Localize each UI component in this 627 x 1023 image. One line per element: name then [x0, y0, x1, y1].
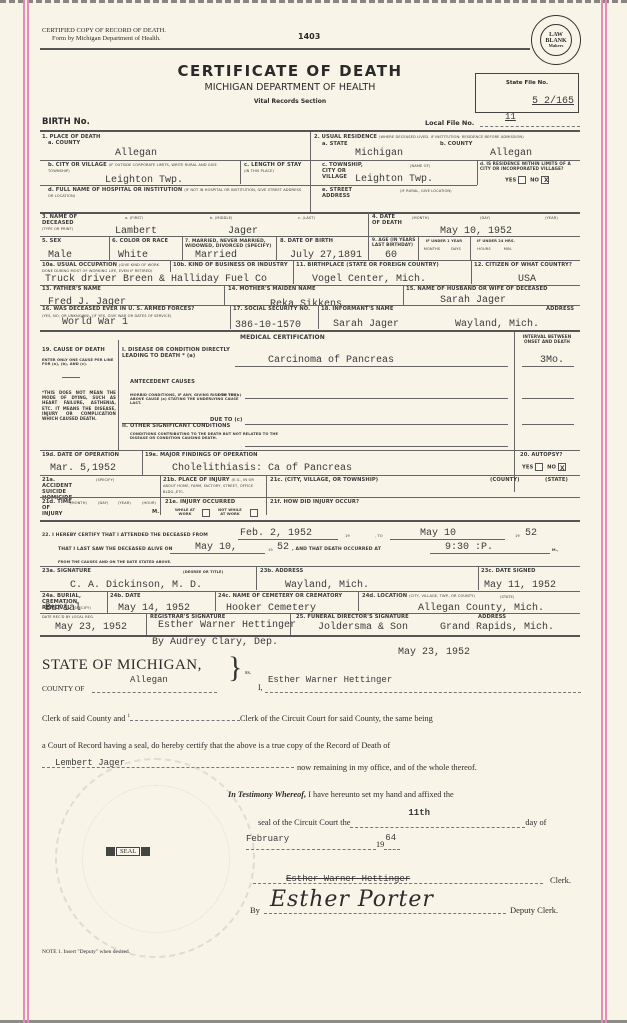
under-1-year-label: IF UNDER 1 YEAR — [420, 239, 468, 243]
rule — [245, 446, 508, 447]
rule — [40, 566, 580, 567]
birth-no-label: BIRTH No. — [42, 117, 90, 127]
res-note: (WHERE DECEASED LIVED. IF INSTITUTION: R… — [379, 135, 524, 139]
rule — [40, 450, 580, 451]
months-label: MONTHS — [420, 247, 444, 251]
attended-to-year: 52 — [525, 528, 537, 539]
divider — [358, 591, 359, 611]
location-label: 24d. LOCATION (CITY, VILLAGE, TWP., OR C… — [362, 594, 475, 600]
clerk-name-line — [265, 684, 581, 693]
divider — [266, 475, 267, 515]
rule — [245, 398, 508, 399]
divider — [118, 340, 119, 450]
divider — [182, 236, 183, 260]
seal-label: SEAL — [116, 847, 140, 856]
loc-label: 24d. LOCATION — [362, 593, 407, 599]
ti-month: (MONTH) — [70, 501, 87, 505]
right-pink-border — [601, 0, 607, 1023]
yes-label: YES — [505, 178, 516, 184]
year-blank: 64 — [384, 840, 400, 850]
year-prefix: 19 — [376, 840, 384, 849]
rule — [522, 366, 574, 367]
divider — [160, 475, 161, 515]
rule — [170, 553, 265, 554]
form-bottom-rule — [40, 635, 580, 637]
cause-note: *THIS DOES NOT MEAN THE MODE OF DYING, S… — [42, 390, 116, 421]
location-state-label: (STATE) — [500, 595, 514, 599]
attended-from-value: Feb. 2, 1952 — [240, 528, 312, 539]
divider — [318, 305, 319, 329]
form-caption-line2: Form by Michigan Department of Health. — [42, 35, 166, 43]
mother-label: 14. MOTHER'S MAIDEN NAME — [228, 287, 316, 293]
name-label: 3. NAME OF DECEASED — [42, 214, 77, 226]
part2-note: CONDITIONS CONTRIBUTING TO THE DEATH BUT… — [130, 432, 280, 440]
name-note: (TYPE OR PRINT) — [42, 227, 73, 231]
dob-label: 8. DATE OF BIRTH — [280, 239, 333, 245]
clerk-label: Clerk. — [550, 875, 571, 885]
registrar-value: Esther Warner Hettinger — [158, 620, 296, 631]
ti-hour: (HOUR) — [142, 501, 156, 505]
pod-county-label: a. COUNTY — [42, 140, 80, 146]
cemetery-label: 24c. NAME OF CEMETERY OR CREMATORY — [218, 594, 342, 600]
to-label: , TO — [375, 534, 383, 538]
due-b-label: DUE TO (b) — [218, 393, 241, 397]
death-city-label: b. CITY OR VILLAGE (IF OUTSIDE CORPORATE… — [48, 163, 228, 175]
divider — [514, 332, 515, 492]
certify-line2: THAT I LAST SAW THE DECEASED ALIVE ON — [58, 547, 173, 552]
op-date-label: 19d. DATE OF OPERATION — [42, 453, 119, 459]
rule — [310, 185, 477, 186]
res-street-note: (IF RURAL, GIVE LOCATION) — [400, 189, 452, 193]
stay-label: c. LENGTH OF STAY — [244, 162, 302, 168]
state-of-michigan-heading: STATE OF MICHIGAN, — [42, 657, 202, 674]
citizen-value: USA — [518, 274, 536, 285]
footnote: NOTE 1. Insert "Deputy" when desired. — [42, 949, 130, 955]
rule — [40, 160, 310, 161]
ssn-label: 17. SOCIAL SECURITY NO. — [233, 307, 310, 313]
day-blank: 11th — [350, 818, 525, 828]
date-signed-value: May 11, 1952 — [484, 580, 556, 591]
cause-label: 19. CAUSE OF DEATH — [42, 348, 105, 354]
not-work-label: NOT WHILE AT WORK — [215, 508, 245, 516]
res-limits-label: d. IS RESIDENCE WITHIN LIMITS OF A CITY … — [480, 162, 580, 172]
father-label: 13. FATHER'S NAME — [42, 287, 101, 293]
attended-to-value: May 10 — [420, 528, 456, 539]
rule — [390, 539, 505, 540]
form-caption-line1: CERTIFIED COPY OF RECORD OF DEATH. — [42, 27, 166, 35]
clerk-typed-signature: Esther Warner Hettinger — [286, 874, 410, 884]
law-blank-makers-logo: LAW BLANK Makers — [531, 15, 581, 65]
date-death-label: 4. DATE OF DEATH — [372, 215, 402, 227]
date-signed-label: 23c. DATE SIGNED — [481, 569, 536, 575]
month-blank: February — [246, 840, 376, 850]
rule — [40, 497, 580, 498]
length-of-stay-label: c. LENGTH OF STAY(IN THIS PLACE) — [244, 163, 308, 175]
hospital-label: d. FULL NAME OF HOSPITAL OR INSTITUTION … — [48, 188, 308, 200]
citizen-label: 12. CITIZEN OF WHAT COUNTRY? — [474, 263, 572, 269]
divider — [368, 212, 369, 236]
county-line — [92, 684, 217, 693]
page-subtitle: MICHIGAN DEPARTMENT OF HEALTH — [150, 82, 430, 93]
divider — [109, 236, 110, 260]
informant-value: Sarah Jager — [333, 319, 399, 330]
left-pink-border — [23, 0, 29, 1023]
interval-a-value: 3Mo. — [540, 355, 564, 366]
armed-forces-label: 16. WAS DECEASED EVER IN U. S. ARMED FOR… — [42, 307, 194, 313]
age-label: 9. AGE (IN YEARS LAST BIRTHDAY) — [372, 239, 416, 249]
divider — [368, 236, 369, 260]
rule — [40, 330, 580, 332]
ti-year: (YEAR) — [118, 501, 131, 505]
divider — [142, 450, 143, 475]
ss-label: ss. — [245, 670, 251, 676]
injury-state-label: (STATE) — [545, 478, 568, 484]
perforation-top — [0, 0, 627, 3]
signature-label: 23a. SIGNATURE — [42, 569, 91, 575]
death-county-value: Allegan — [115, 148, 157, 159]
last-seen-value: May 10, — [195, 542, 237, 553]
nineteen-2: 19 — [515, 534, 520, 538]
funeral-date-value: May 23, 1952 — [398, 647, 470, 658]
not-work-checkbox[interactable] — [250, 509, 258, 517]
rec-date-value: May 23, 1952 — [55, 622, 127, 633]
while-work-checkbox[interactable] — [202, 509, 210, 517]
funeral-address-value: Grand Rapids, Mich. — [440, 622, 554, 633]
under-24-hrs-label: IF UNDER 24 HRS. — [472, 239, 520, 243]
rule — [40, 236, 580, 237]
header-rule — [40, 48, 530, 50]
occ-label: 10a. USUAL OCCUPATION — [42, 262, 117, 268]
form-number: 1403 — [298, 32, 320, 41]
accident-specify: (SPECIFY) — [96, 478, 114, 482]
res-limits-checkboxes: YES NO x — [505, 176, 549, 184]
ti-m: M. — [152, 510, 159, 516]
divider — [470, 236, 471, 260]
injury-occurred-label: 21e. INJURY OCCURRED — [165, 500, 235, 506]
death-time-value: 9:30 :P. — [445, 542, 493, 553]
deputy-sig-line — [264, 913, 506, 914]
hours-label: HOURS — [472, 247, 496, 251]
pod-city-label: b. CITY OR VILLAGE — [48, 162, 107, 168]
part2-label: II. OTHER SIGNIFICANT CONDITIONS — [122, 424, 230, 430]
divider — [256, 566, 257, 590]
rule — [40, 260, 580, 261]
burial-date-label: 24b. DATE — [110, 594, 141, 600]
divider — [471, 260, 472, 284]
physician-address-value: Wayland, Mich. — [285, 580, 369, 591]
month-label: (MONTH) — [412, 216, 429, 220]
rule — [40, 185, 310, 186]
funeral-director-label: 25. FUNERAL DIRECTOR'S SIGNATURE — [296, 615, 409, 621]
divider — [418, 236, 419, 260]
rule — [522, 424, 574, 425]
informant-address-value: Wayland, Mich. — [455, 319, 539, 330]
divider — [146, 613, 147, 635]
clerk-line-2: Clerk of said County and 1Clerk of the C… — [42, 714, 582, 723]
informant-label: 18. INFORMANT'S NAME — [321, 307, 393, 313]
clerk-line-4: now remaining in my office, and of the w… — [297, 763, 477, 772]
cause-instruction: ENTER ONLY ONE CAUSE PER LINE FOR (a), (… — [42, 358, 116, 366]
i-label: I, — [258, 683, 263, 692]
res-street-label: e. STREET ADDRESS — [322, 188, 372, 200]
autopsy-yes-checkbox[interactable] — [535, 463, 543, 471]
year-label: (YEAR) — [545, 216, 558, 220]
days-label: DAYS — [444, 247, 468, 251]
medical-heading: MEDICAL CERTIFICATION — [240, 335, 325, 342]
state-file-value: 5 2/165 — [532, 96, 574, 107]
ti-day: (DAY) — [98, 501, 108, 505]
stay-note: (IN THIS PLACE) — [244, 169, 274, 173]
res-county-value: Allegan — [490, 148, 532, 159]
op-findings-label: 19e. MAJOR FINDINGS OF OPERATION — [145, 453, 258, 459]
rule — [62, 377, 80, 378]
armed-value: World War 1 — [62, 317, 128, 328]
divider-1-2 — [310, 132, 311, 212]
divider — [478, 566, 479, 590]
yes-checkbox[interactable] — [518, 176, 526, 184]
injury-place-label: 21b. PLACE OF INJURY (E.G., IN OR ABOUT … — [163, 478, 263, 496]
address-label: 23b. ADDRESS — [260, 569, 303, 575]
month-value: February — [246, 834, 289, 844]
res-state-label: a. STATE — [322, 142, 348, 148]
local-file-value: 11 — [505, 112, 516, 122]
last-seen-year: 52 — [277, 542, 289, 553]
business-label: 10b. KIND OF BUSINESS OR INDUSTRY — [173, 263, 288, 269]
hospital-label-text: d. FULL NAME OF HOSPITAL OR INSTITUTION — [48, 187, 182, 193]
race-label: 6. COLOR OR RACE — [112, 239, 168, 245]
sex-label: 5. SEX — [42, 239, 61, 245]
check-mark-x: x — [560, 464, 565, 473]
footnote-mark: 1 — [128, 714, 131, 719]
clerk-county-value: Allegan — [130, 675, 168, 685]
logo-line3: Makers — [549, 44, 564, 49]
registrar-by-value: By Audrey Clary, Dep. — [152, 637, 278, 648]
rule — [40, 212, 580, 214]
ip-label: 21b. PLACE OF INJURY — [163, 477, 230, 483]
rule — [430, 553, 550, 554]
while-work-label: WHILE AT WORK — [170, 508, 200, 516]
rule — [238, 539, 338, 540]
spouse-label: 15. NAME OF HUSBAND OR WIFE OF DECEASED — [406, 287, 548, 293]
rule — [40, 591, 580, 592]
no-label: NO — [530, 178, 539, 184]
section-name: Vital Records Section — [150, 98, 430, 105]
nineteen: 19 — [345, 534, 350, 538]
day-of-label: day of — [525, 818, 546, 827]
res-township-note: (NAME OF) — [410, 164, 430, 168]
degree-label: (DEGREE OR TITLE) — [183, 570, 223, 574]
physician-signature-value: C. A. Dickinson, M. D. — [70, 580, 202, 591]
clerk-name-value: Esther Warner Hettinger — [268, 675, 392, 685]
op-date-value: Mar. 5,1952 — [50, 463, 116, 474]
divider — [477, 160, 478, 185]
autopsy-yes-label: YES — [522, 465, 533, 471]
place-of-death-label: 1. PLACE OF DEATHa. COUNTY — [42, 135, 100, 147]
cause-a-value: Carcinoma of Pancreas — [268, 355, 394, 366]
autopsy-no-checkbox-checked[interactable]: x — [558, 463, 566, 471]
testimony-line: In Testimony Whereof, I have hereunto se… — [228, 790, 454, 799]
embossed-seal — [55, 758, 255, 958]
op-findings-value: Cholelithiasis: Ca of Pancreas — [172, 463, 352, 474]
divider — [224, 285, 225, 305]
logo-inner: LAW BLANK Makers — [540, 24, 572, 56]
rule — [522, 398, 574, 399]
divider — [170, 260, 171, 272]
seal-line-text: seal of the Circuit Court the — [258, 818, 350, 827]
divider — [107, 591, 108, 613]
last-label: c. (LAST) — [298, 216, 315, 220]
line2-a: Clerk of said County and — [42, 714, 125, 723]
how-injury-label: 21f. HOW DID INJURY OCCUR? — [270, 500, 359, 506]
loc-note: (CITY, VILLAGE, TWP., OR COUNTY) — [409, 594, 475, 598]
form-caption: CERTIFIED COPY OF RECORD OF DEATH. Form … — [42, 27, 166, 43]
death-time-m: M., — [552, 548, 559, 552]
part1-label: I. DISEASE OR CONDITION DIRECTLY LEADING… — [122, 348, 232, 360]
nineteen-3: 19 — [268, 548, 273, 552]
informant-address-label: ADDRESS — [546, 307, 574, 313]
certify-line1: 22. I HEREBY CERTIFY THAT I ATTENDED THE… — [42, 533, 208, 538]
seal-line: seal of the Circuit Court the11th day of — [258, 818, 546, 828]
death-certificate-page: CERTIFIED COPY OF RECORD OF DEATH. Form … — [0, 0, 627, 1023]
testimony-rest: I have hereunto set my hand and affixed … — [308, 790, 453, 799]
check-mark-x: x — [544, 176, 549, 185]
deputy-clerk-label: Deputy Clerk. — [510, 905, 558, 915]
interval-label: INTERVAL BETWEEN ONSET AND DEATH — [515, 335, 579, 345]
res-label: 2. USUAL RESIDENCE — [314, 134, 377, 140]
month-year-line: February 1964 — [246, 840, 400, 850]
res-township-value: Leighton Twp. — [355, 174, 433, 185]
state-file-label: State File No. — [476, 80, 578, 86]
funeral-address-label: ADDRESS — [478, 615, 506, 621]
min-label: MIN. — [496, 247, 520, 251]
county-of-label: COUNTY OF — [42, 684, 84, 693]
rule — [235, 366, 508, 367]
birthplace-value: Vogel Center, Mich. — [312, 274, 426, 285]
divider — [240, 160, 241, 184]
injury-county-label: (COUNTY) — [490, 478, 520, 484]
local-file-line — [480, 118, 580, 127]
divider — [230, 305, 231, 329]
time-injury-label: 21d. TIME OF INJURY — [42, 500, 72, 518]
line2-b: Clerk of the Circuit Court for said Coun… — [240, 714, 433, 723]
divider — [276, 236, 277, 260]
birthplace-label: 11. BIRTHPLACE (STATE OR FOREIGN COUNTRY… — [296, 263, 439, 269]
brace: } — [228, 653, 242, 683]
deputy-handwritten-signature: Esther Porter — [270, 887, 434, 912]
day-label: (DAY) — [480, 216, 490, 220]
res-county-label: b. COUNTY — [440, 142, 472, 148]
occupation-value: Truck driver Breen & Halliday Fuel Co — [45, 274, 267, 285]
divider — [293, 260, 294, 284]
by-label: By — [250, 905, 260, 915]
rule — [245, 424, 508, 425]
testimony-em: In Testimony Whereof, — [228, 790, 306, 799]
marital-label: 7. MARRIED, NEVER MARRIED, WIDOWED, DIVO… — [185, 239, 275, 250]
divider — [403, 285, 404, 305]
autopsy-no-label: NO — [547, 465, 556, 471]
occurred-at-label: , AND THAT DEATH OCCURRED AT — [292, 547, 381, 552]
state-file-box: State File No. 5 2/165 — [475, 73, 579, 113]
day-value: 11th — [408, 808, 430, 818]
year-value: 64 — [385, 833, 396, 843]
res-state-value: Michigan — [355, 148, 403, 159]
middle-label: b. (MIDDLE) — [210, 216, 232, 220]
deputy-blank — [130, 720, 240, 721]
autopsy-checkboxes: YES NO x — [522, 463, 566, 471]
page-title: CERTIFICATE OF DEATH — [150, 62, 430, 80]
rule — [40, 475, 580, 476]
injury-city-label: 21c. (CITY, VILLAGE, OR TOWNSHIP) — [270, 478, 378, 484]
rec-date-label: DATE REC'D BY LOCAL REG. — [42, 615, 94, 619]
funeral-director-value: Joldersma & Son — [318, 622, 408, 633]
local-file-label: Local File No. — [425, 119, 474, 127]
deceased-name-label: 3. NAME OF DECEASED(TYPE OR PRINT) — [42, 215, 102, 233]
antecedent-label: ANTECEDENT CAUSES — [130, 380, 195, 386]
autopsy-label: 20. AUTOPSY? — [520, 453, 563, 459]
clerk-line-3: a Court of Record having a seal, do here… — [42, 741, 390, 750]
first-label: a. (FIRST) — [125, 216, 143, 220]
rule — [40, 520, 580, 522]
no-checkbox-checked[interactable]: x — [541, 176, 549, 184]
divider — [215, 591, 216, 611]
certify-line3: FROM THE CAUSES AND ON THE DATE STATED A… — [58, 560, 172, 564]
